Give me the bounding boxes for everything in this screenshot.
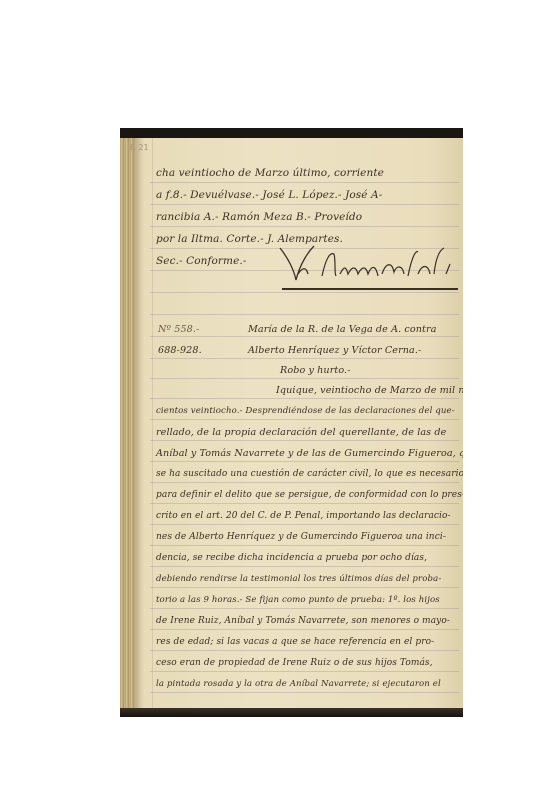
- rule-line: [150, 336, 459, 337]
- rule-line: [150, 398, 459, 399]
- body-line: dencia, se recibe dicha incidencia a pru…: [156, 553, 427, 563]
- rule-line: [150, 587, 459, 588]
- rule-line: [150, 440, 459, 441]
- rule-line: [150, 524, 459, 525]
- rule-line: [150, 566, 459, 567]
- page-edges: [120, 138, 134, 708]
- body-line: Iquique, veintiocho de Marzo de mil nove…: [276, 385, 463, 396]
- left-margin-line: [152, 138, 153, 708]
- rule-line: [150, 629, 459, 630]
- signature-underline: [282, 288, 458, 290]
- rule-line: [150, 461, 459, 462]
- rule-line: [150, 226, 459, 227]
- rule-line: [150, 292, 459, 293]
- body-line: se ha suscitado una cuestión de carácter…: [156, 469, 463, 479]
- body-line: nes de Alberto Henríquez y de Gumercindo…: [156, 532, 446, 542]
- body-line: torio a las 9 horas.- Se fijan como punt…: [156, 595, 440, 605]
- folio-mark: F. 21: [130, 143, 149, 152]
- entry-parties-line: Alberto Henríquez y Víctor Cerna.-: [248, 345, 421, 356]
- rule-line: [150, 482, 459, 483]
- top-entry-line: Sec.- Conforme.-: [156, 255, 247, 267]
- rule-line: [150, 650, 459, 651]
- rule-line: [150, 378, 459, 379]
- body-line: res de edad; si las vacas a que se hace …: [156, 637, 434, 647]
- body-line: de Irene Ruiz, Aníbal y Tomás Navarrete,…: [156, 616, 450, 626]
- body-line: cientos veintiocho.- Desprendiéndose de …: [156, 406, 455, 416]
- rule-line: [150, 314, 459, 315]
- rule-line: [150, 419, 459, 420]
- body-line: rellado, de la propia declaración del qu…: [156, 427, 446, 438]
- body-line: para definir el delito que se persigue, …: [156, 490, 463, 500]
- entry-reference: 688-928.: [158, 345, 202, 356]
- rule-line: [150, 358, 459, 359]
- ledger-page: F. 21 cha veintiocho de Marzo último, co…: [120, 138, 463, 708]
- entry-parties-line: María de la R. de la Vega de A. contra: [248, 324, 437, 335]
- top-entry-line: rancibia A.- Ramón Meza B.- Proveído: [156, 211, 362, 223]
- rule-line: [150, 671, 459, 672]
- rule-line: [150, 204, 459, 205]
- rule-line: [150, 608, 459, 609]
- rule-line: [150, 692, 459, 693]
- rule-line: [150, 545, 459, 546]
- entry-subject: Robo y hurto.-: [280, 365, 351, 376]
- body-line: ceso eran de propiedad de Irene Ruiz o d…: [156, 658, 433, 668]
- body-line: Aníbal y Tomás Navarrete y de las de Gum…: [156, 448, 463, 459]
- bottom-shadow-band: [120, 708, 463, 717]
- body-line: debiendo rendirse la testimonial los tre…: [156, 574, 441, 584]
- rule-line: [150, 182, 459, 183]
- entry-number: Nº 558.-: [158, 324, 199, 335]
- scanned-ledger-image: F. 21 cha veintiocho de Marzo último, co…: [120, 128, 463, 717]
- top-entry-line: cha veintiocho de Marzo último, corrient…: [156, 167, 384, 179]
- gutter-shadow: [134, 138, 144, 708]
- top-entry-line: a f.8.- Devuélvase.- José L. López.- Jos…: [156, 189, 382, 201]
- body-line: la pintada rosada y la otra de Aníbal Na…: [156, 679, 441, 689]
- body-line: crito en el art. 20 del C. de P. Penal, …: [156, 511, 451, 521]
- rule-line: [150, 503, 459, 504]
